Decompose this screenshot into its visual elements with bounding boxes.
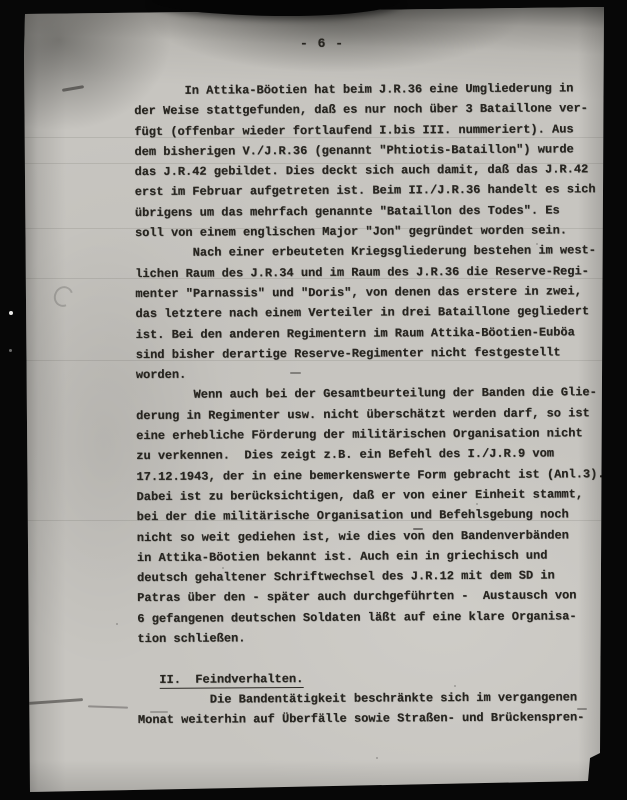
text-line: nicht so weit gediehen ist, wie dies von…: [137, 525, 607, 548]
speck: [536, 243, 538, 245]
text-line: der Weise stattgefunden, daß es nur noch…: [134, 98, 604, 121]
text-line: menter "Parnassis" und "Doris", von dene…: [135, 281, 605, 304]
margin-smudge: [577, 708, 587, 710]
fold-line: [24, 163, 604, 164]
fold-line: [24, 520, 604, 521]
text-line: worden.: [136, 362, 606, 385]
text-line: tion schließen.: [137, 626, 607, 649]
document-text: In Attika-Böotien hat beim J.R.36 eine U…: [134, 78, 608, 730]
text-line: in Attika-Böotien bekannt ist. Auch ein …: [137, 545, 607, 568]
margin-smudge: [28, 698, 83, 705]
text-line: lichen Raum des J.R.34 und im Raum des J…: [135, 261, 605, 284]
text-line: fügt (offenbar wieder fortlaufend I.bis …: [134, 119, 604, 142]
text-line: deutsch gehaltener Schriftwechsel des J.…: [137, 565, 607, 588]
margin-smudge: [150, 711, 168, 713]
text-line: [137, 646, 607, 669]
text-line: bei der die militärische Organisation un…: [137, 504, 607, 527]
dust-dot: [9, 349, 12, 352]
speck: [116, 623, 118, 625]
stray-typewriter-mark: [290, 372, 301, 374]
text-line: In Attika-Böotien hat beim J.R.36 eine U…: [134, 78, 604, 101]
strikeout-artifact: [413, 528, 423, 530]
text-line: übrigens um das mehrfach genannte "Batai…: [135, 200, 605, 223]
text-line: derung in Regimenter usw. nicht überschä…: [136, 403, 606, 426]
fold-line: [24, 137, 604, 138]
text-line: Nach einer erbeuteten Kriegsgliederung b…: [135, 241, 605, 264]
c-shaped-smudge: [50, 283, 76, 310]
section-heading: II. Feindverhalten.: [159, 672, 303, 689]
text-line: eine erhebliche Förderung der militärisc…: [136, 423, 606, 446]
document-page: - 6 - In Attika-Böotien hat beim J.R.36 …: [24, 5, 604, 794]
speck: [376, 757, 378, 759]
text-line: soll von einem englischen Major "Jon" ge…: [135, 220, 605, 243]
text-line: Dabei ist zu berücksichtigen, daß er von…: [136, 484, 606, 507]
text-line: dem bisherigen V./J.R.36 (genannt "Phtio…: [134, 139, 604, 162]
dust-dot: [9, 311, 13, 315]
pencil-smudge: [62, 85, 84, 92]
page-number: - 6 -: [300, 36, 344, 51]
text-line: sind bisher derartige Reserve-Regimenter…: [136, 342, 606, 365]
text-line: Die Bandentätigkeit beschränkte sich im …: [138, 687, 608, 710]
text-line: 6 gefangenen deutschen Soldaten läßt auf…: [137, 606, 607, 629]
text-line: erst im Februar aufgetreten ist. Beim II…: [135, 180, 605, 203]
text-line: das letztere nach einem Verteiler in dre…: [135, 301, 605, 324]
margin-smudge: [88, 705, 128, 708]
text-line: zu verkennen. Dies zeigt z.B. ein Befehl…: [136, 443, 606, 466]
speck: [324, 335, 326, 337]
speck: [476, 503, 478, 505]
fold-line: [24, 228, 604, 229]
text-line: Wenn auch bei der Gesamtbeurteilung der …: [136, 383, 606, 406]
section-heading-line: II. Feindverhalten.: [138, 667, 608, 690]
scanned-document-screenshot: { "document": { "page_number": "- 6 -", …: [0, 0, 627, 800]
fold-line: [24, 360, 604, 361]
text-line: Patras über den - später auch durchgefüh…: [137, 586, 607, 609]
text-line: Monat weiterhin auf Überfälle sowie Stra…: [138, 707, 608, 730]
fold-line: [24, 278, 604, 279]
text-line: 17.12.1943, der in eine bemerkenswerte F…: [136, 464, 606, 487]
speck: [454, 685, 456, 687]
speck: [222, 567, 224, 569]
text-line: ist. Bei den anderen Regimentern im Raum…: [135, 322, 605, 345]
